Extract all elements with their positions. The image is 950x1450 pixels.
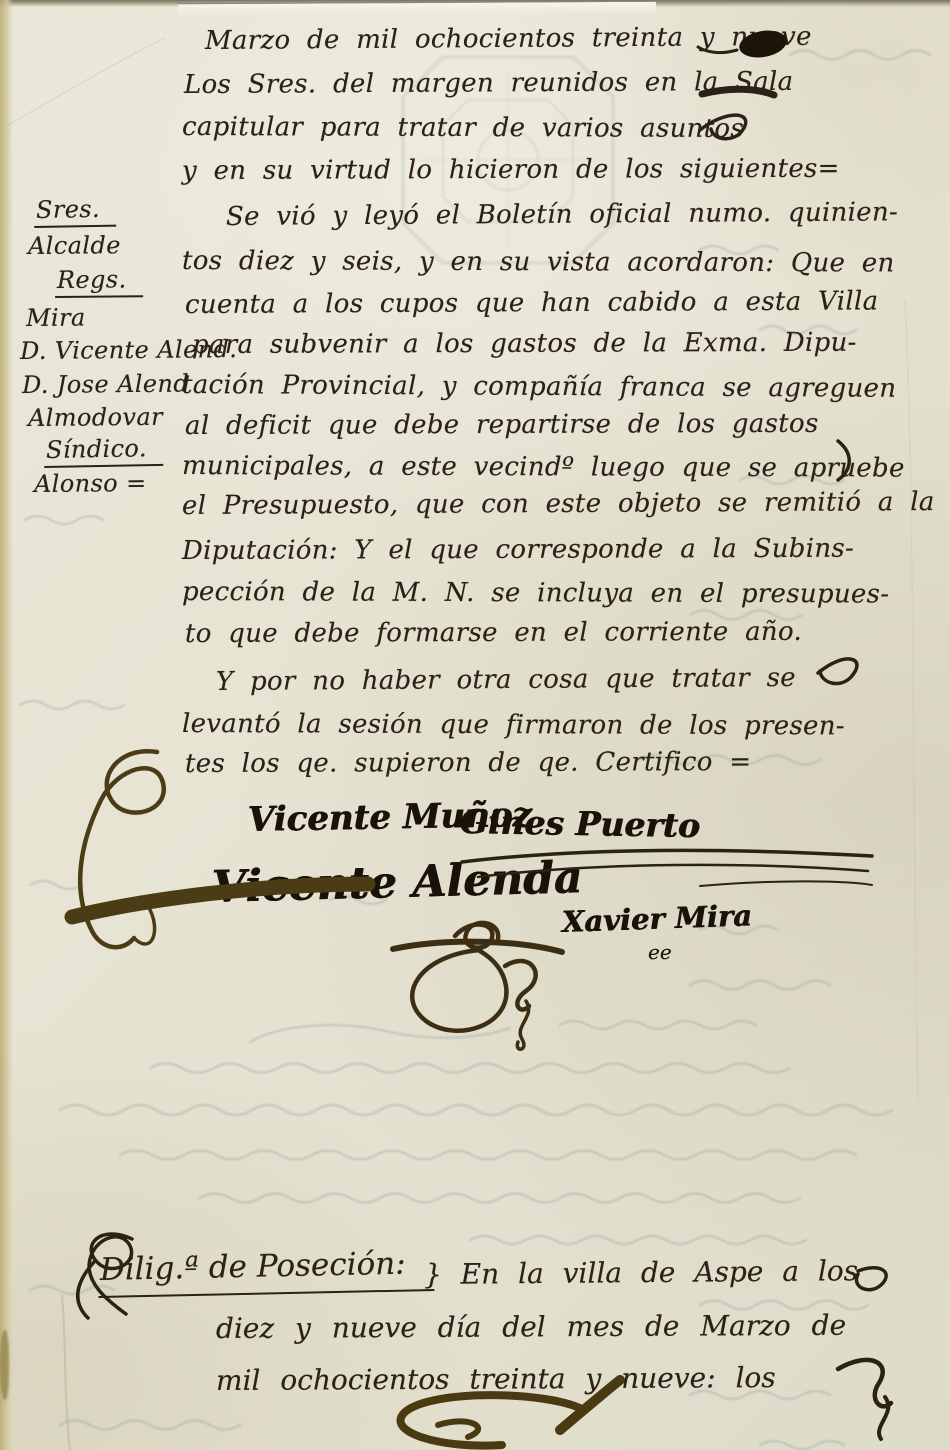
diligencia-end-flourishes	[838, 1268, 891, 1439]
manuscript-line: Diputación: Y el que corresponde a la Su…	[182, 534, 854, 566]
manuscript-line: Marzo de mil ochocientos treinta y nueve	[205, 22, 812, 56]
center-rubric	[393, 923, 562, 1049]
manuscript-page: Marzo de mil ochocientos treinta y nueve…	[0, 0, 950, 1450]
left-grand-rubric	[72, 751, 368, 947]
margin-entry: Regs.	[55, 265, 143, 298]
diligencia-line: mil ochocientos treinta y nueve: los	[216, 1361, 776, 1397]
margin-entry: Alcalde	[28, 231, 121, 260]
signature-small-rubric-mark: ee	[648, 940, 672, 964]
diligencia-line: diez y nueve día del mes de Marzo de	[216, 1309, 846, 1345]
margin-entry: D. Vicente Alend.	[20, 335, 238, 365]
manuscript-line: capitular para tratar de varios asuntos	[182, 112, 744, 144]
manuscript-line: pección de la M. N. se incluya en el pre…	[182, 577, 889, 609]
margin-entry: Sres.	[34, 195, 117, 228]
manuscript-line: tes los qe. supieron de qe. Certifico =	[185, 747, 751, 779]
page-left-edge-stain	[0, 1330, 9, 1400]
page-left-edge	[0, 0, 13, 1450]
manuscript-line: cuenta a los cupos que han cabido a esta…	[185, 286, 879, 320]
manuscript-line: y en su virtud lo hicieron de los siguie…	[182, 154, 840, 186]
manuscript-line: tos diez y seis, y en su vista acordaron…	[182, 246, 895, 278]
manuscript-line: levantó la sesión que firmaron de los pr…	[182, 709, 845, 741]
manuscript-line: municipales, a este vecindº luego que se…	[182, 451, 905, 484]
margin-entry: Síndico.	[44, 434, 163, 468]
signature-gines-puerto: Gines Puerto	[460, 802, 701, 845]
margin-entry: D. Jose Alend	[22, 370, 189, 399]
signature-xavier-mira: Xavier Mira	[561, 898, 752, 939]
diligencia-title: Dilig.ª de Poseción:	[98, 1245, 435, 1298]
manuscript-line: Y por no haber otra cosa que tratar se	[216, 663, 796, 697]
margin-entry: Almodovar	[28, 403, 163, 432]
diligencia-line: } En la villa de Aspe a los	[424, 1254, 858, 1291]
manuscript-line: para subvenir a los gastos de la Exma. D…	[192, 328, 857, 360]
manuscript-line: el Presupuesto, que con este objeto se r…	[182, 487, 935, 521]
line-end-loop2	[818, 659, 857, 684]
manuscript-line: tación Provincial, y compañía franca se …	[182, 370, 896, 404]
manuscript-line: al deficit que debe repartirse de los ga…	[185, 409, 819, 441]
signature-vicente-alenda: Vicente Alenda	[211, 852, 583, 913]
page-top-edge-light	[178, 1, 656, 17]
manuscript-line: to que debe formarse en el corriente año…	[185, 617, 802, 649]
margin-entry: Mira	[26, 303, 86, 332]
manuscript-line: Los Sres. del margen reunidos en la Sala	[184, 67, 794, 100]
margin-entry: Alonso =	[34, 469, 147, 498]
manuscript-line: Se vió y leyó el Boletín oficial numo. q…	[226, 197, 898, 232]
